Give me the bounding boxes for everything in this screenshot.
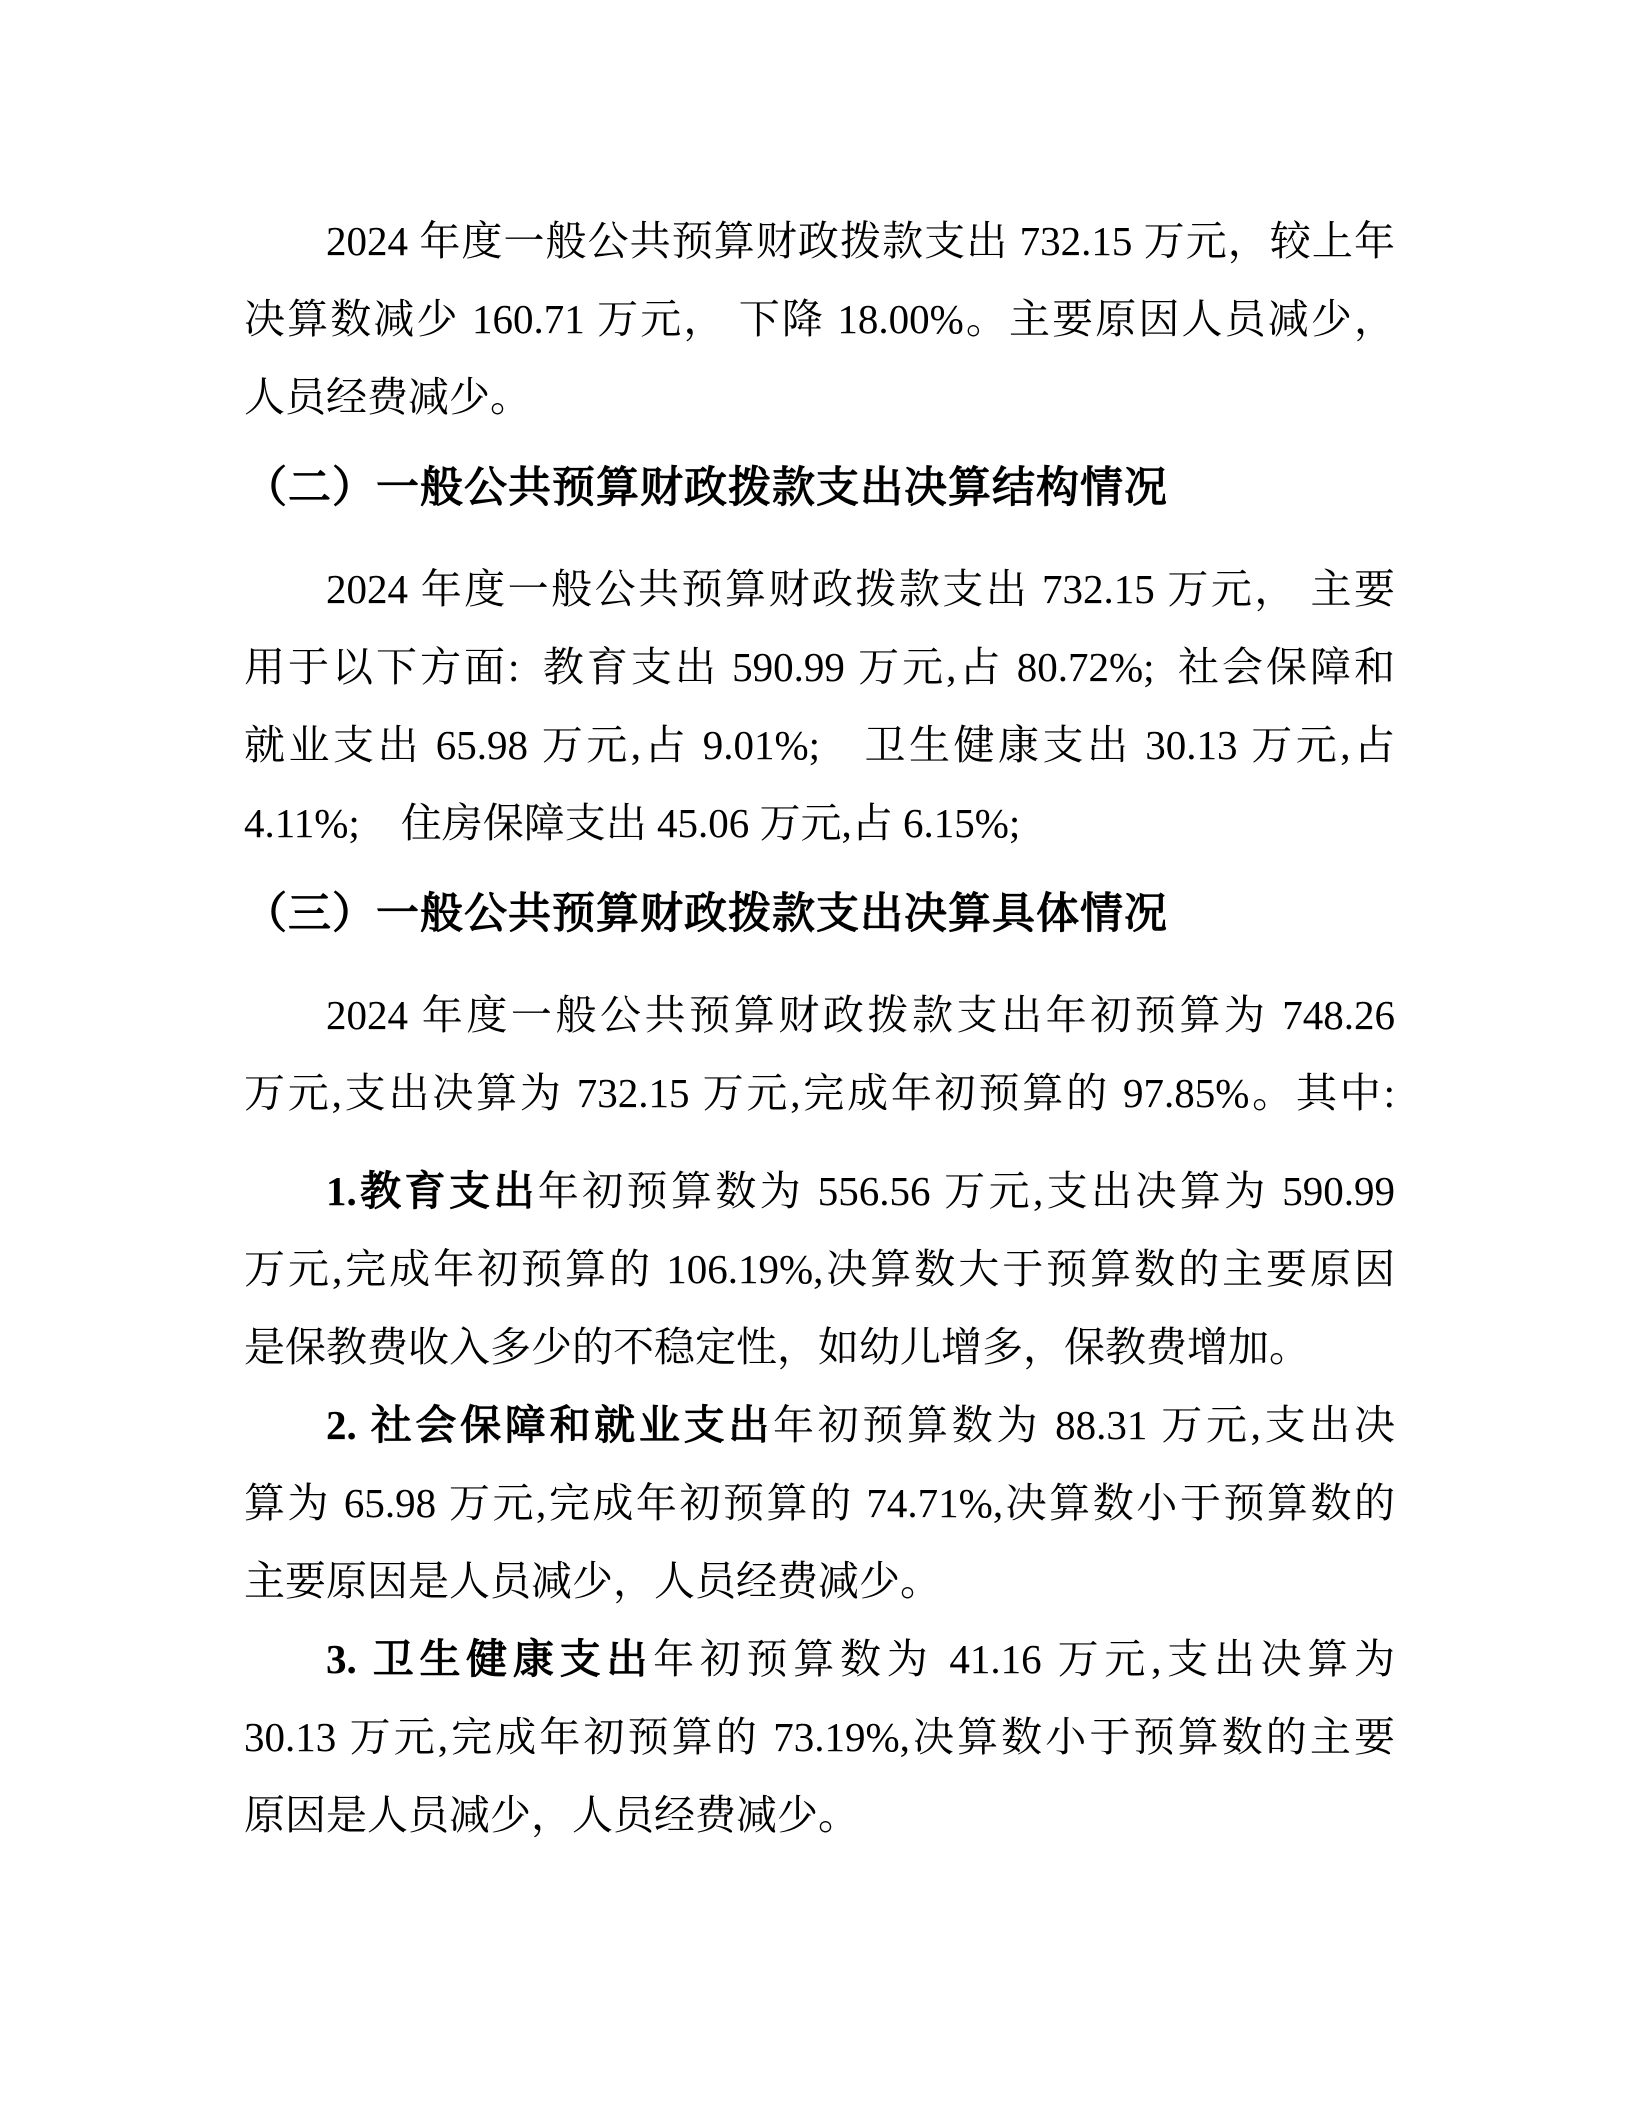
- text-line: 是保教费收入多少的不稳定性，如幼儿增多，保教费增加。: [244, 1308, 1395, 1386]
- text-line: 3. 卫生健康支出年初预算数为 41.16 万元,支出决算为: [244, 1620, 1395, 1698]
- text-line: 原因是人员减少，人员经费减少。: [244, 1776, 1395, 1854]
- text-line: 万元,支出决算为 732.15 万元,完成年初预算的 97.85%。其中:: [244, 1054, 1395, 1132]
- text-line: 万元,完成年初预算的 106.19%,决算数大于预算数的主要原因: [244, 1230, 1395, 1308]
- document-page: 2024 年度一般公共预算财政拨款支出 732.15 万元，较上年决算数减少 1…: [0, 0, 1632, 2112]
- text-line: 2024 年度一般公共预算财政拨款支出 732.15 万元， 主要: [244, 550, 1395, 628]
- text-line: 30.13 万元,完成年初预算的 73.19%,决算数小于预算数的主要: [244, 1698, 1395, 1776]
- text-line: 2. 社会保障和就业支出年初预算数为 88.31 万元,支出决: [244, 1386, 1395, 1464]
- section-heading: （二）一般公共预算财政拨款支出决算结构情况: [244, 450, 1395, 528]
- text-line: 人员经费减少。: [244, 358, 1395, 436]
- text-line: 1.教育支出年初预算数为 556.56 万元,支出决算为 590.99: [244, 1152, 1395, 1230]
- item-label-bold: 2. 社会保障和就业支出: [326, 1402, 773, 1448]
- text-line: 就业支出 65.98 万元,占 9.01%; 卫生健康支出 30.13 万元,占: [244, 706, 1395, 784]
- text-line: 算为 65.98 万元,完成年初预算的 74.71%,决算数小于预算数的: [244, 1464, 1395, 1542]
- text-line: 决算数减少 160.71 万元， 下降 18.00%。主要原因人员减少，: [244, 280, 1395, 358]
- item-label-bold: 1.教育支出: [326, 1168, 538, 1214]
- item-text: 年初预算数为 556.56 万元,支出决算为 590.99: [538, 1168, 1395, 1214]
- text-line: 2024 年度一般公共预算财政拨款支出 732.15 万元，较上年: [244, 202, 1395, 280]
- section-heading: （三）一般公共预算财政拨款支出决算具体情况: [244, 876, 1395, 954]
- item-text: 年初预算数为 41.16 万元,支出决算为: [653, 1636, 1395, 1682]
- item-text: 年初预算数为 88.31 万元,支出决: [773, 1402, 1395, 1448]
- text-line: 用于以下方面: 教育支出 590.99 万元,占 80.72%; 社会保障和: [244, 628, 1395, 706]
- item-label-bold: 3. 卫生健康支出: [326, 1636, 653, 1682]
- text-line: 主要原因是人员减少，人员经费减少。: [244, 1542, 1395, 1620]
- text-line: 4.11%; 住房保障支出 45.06 万元,占 6.15%;: [244, 784, 1395, 862]
- text-line: 2024 年度一般公共预算财政拨款支出年初预算为 748.26: [244, 976, 1395, 1054]
- document-body: 2024 年度一般公共预算财政拨款支出 732.15 万元，较上年决算数减少 1…: [244, 202, 1395, 1854]
